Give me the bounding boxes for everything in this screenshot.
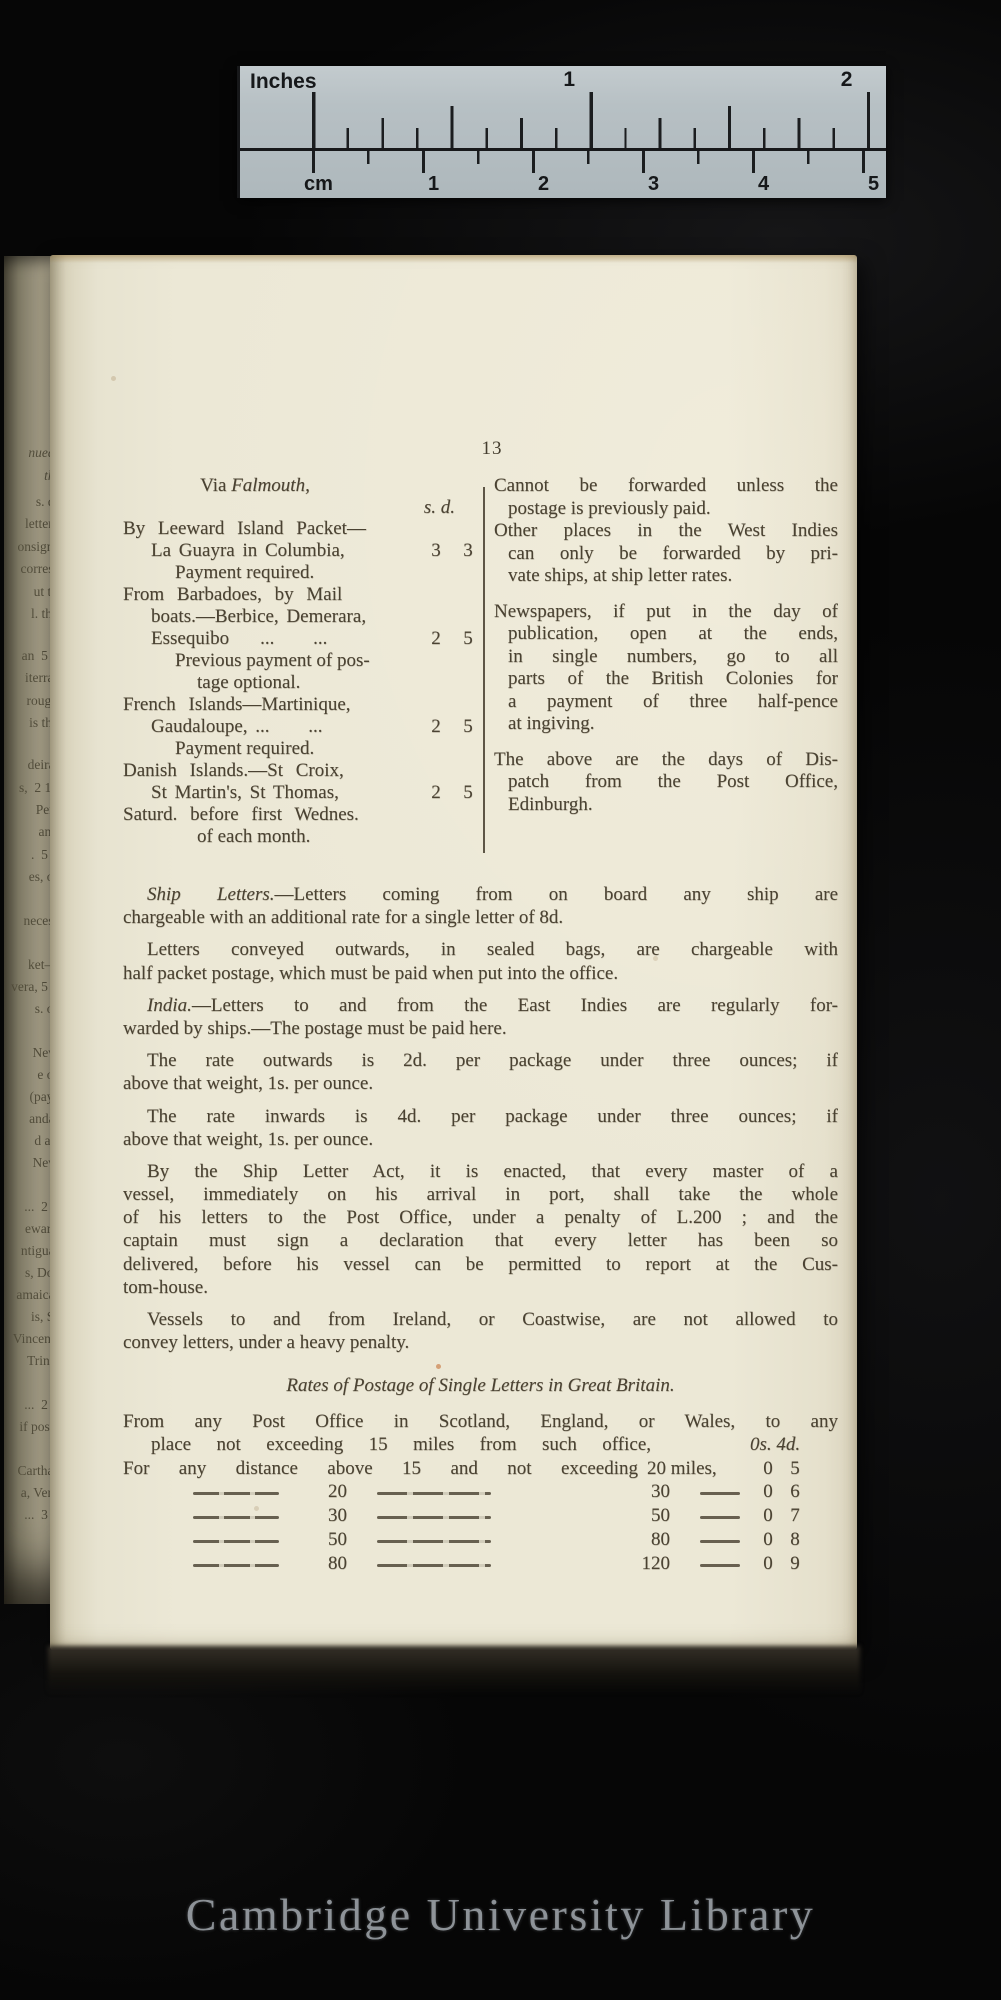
body-line: Vessels to and from Ireland, or Coastwis… (123, 1308, 838, 1331)
text-block: Via Falmouth, s. d. By Leeward Island Pa… (123, 475, 838, 1576)
inch-scale: Inches 12 (240, 66, 886, 151)
miles-to-value: 30 (583, 1480, 670, 1504)
notes-line: a payment of three half-pence (494, 691, 838, 714)
italic-lead: Ship Letters. (147, 884, 275, 905)
cm-number: 1 (428, 173, 439, 196)
miles-from-value: 80 (263, 1552, 347, 1576)
notes-line: patch from the Post Office, (494, 771, 838, 794)
body-line: By the Ship Letter Act, it is enacted, t… (123, 1160, 838, 1183)
rate-line-text: French Islands—Martinique, (123, 694, 481, 716)
rate-line-text: Saturd. before first Wednes. (123, 804, 481, 826)
miles-from-value: 30 (263, 1504, 347, 1528)
dash-rule (377, 1564, 491, 1567)
rates-line3: For any distance above 15 and not exceed… (123, 1457, 838, 1481)
measurement-ruler: Inches 12 cm 12345 (237, 66, 886, 198)
rate-line: La Guayra in Columbia,33 (123, 540, 481, 562)
body-line: above that weight, 1s. per ounce. (123, 1128, 838, 1151)
rates-row: 508008 (123, 1528, 838, 1552)
miles-from-value: 50 (263, 1528, 347, 1552)
rate-line-text: Payment required. (123, 562, 481, 584)
body-line: of his letters to the Post Office, under… (123, 1206, 838, 1229)
dash-rule (700, 1492, 740, 1495)
body-paragraph: Vessels to and from Ireland, or Coastwis… (123, 1308, 838, 1354)
rate-line: of each month. (123, 826, 481, 848)
pence-value: 5 (455, 716, 481, 738)
body-line: India.—Letters to and from the East Indi… (123, 994, 838, 1017)
pence-value: 5 (455, 628, 481, 650)
pence-value: 9 (783, 1552, 807, 1576)
notes-line: in single numbers, go to all (494, 646, 838, 669)
body-line: Letters conveyed outwards, in sealed bag… (123, 938, 838, 961)
dash-rule (377, 1540, 491, 1543)
rates-columns: Via Falmouth, s. d. By Leeward Island Pa… (123, 475, 838, 857)
page-number: 13 (470, 438, 514, 460)
body-line: Ship Letters.—Letters coming from on boa… (123, 883, 838, 906)
rate-line: Essequibo ... ...25 (123, 628, 481, 650)
shillings-value: 2 (423, 628, 449, 650)
via-roman: Via (200, 475, 226, 496)
cm-number: 4 (758, 173, 769, 196)
rates-line2: place not exceeding 15 miles from such o… (123, 1433, 838, 1457)
body-line: delivered, before his vessel can be perm… (123, 1253, 838, 1276)
dash-rule (700, 1516, 740, 1519)
inch-number: 1 (563, 68, 575, 92)
rate-line-text: tage optional. (123, 672, 481, 694)
left-rates-column: Via Falmouth, s. d. By Leeward Island Pa… (123, 475, 481, 848)
rate-line-text: From Barbadoes, by Mail (123, 584, 481, 606)
cm-scale: cm 12345 (240, 151, 886, 198)
body-line: half packet postage, which must be paid … (123, 962, 838, 985)
notes-line: The above are the days of Dis- (494, 749, 838, 772)
cm-number: 3 (648, 173, 659, 196)
miles-to-value: 120 (583, 1552, 670, 1576)
shillings-value: 2 (423, 716, 449, 738)
notes-line: Newspapers, if put in the day of (494, 601, 838, 624)
rates-line3-miles: 20 miles, (647, 1457, 717, 1481)
rate-line-text: Previous payment of pos- (123, 650, 481, 672)
rates-rows: 2030063050075080088012009 (123, 1480, 838, 1576)
dash-rule (700, 1564, 740, 1567)
body-paragraph: Letters conveyed outwards, in sealed bag… (123, 938, 838, 984)
via-italic: Falmouth, (231, 475, 310, 496)
rate-line: From Barbadoes, by Mail (123, 584, 481, 606)
rates-heading: Rates of Postage of Single Letters in Gr… (123, 1374, 838, 1397)
dash-rule (700, 1540, 740, 1543)
cm-number: 2 (538, 173, 549, 196)
body-line: The rate outwards is 2d. per package und… (123, 1049, 838, 1072)
shillings-value: 0 (757, 1528, 779, 1552)
notes-line: Edinburgh. (494, 794, 838, 817)
notes-paragraph: Cannot be forwarded unless thepostage is… (494, 475, 838, 520)
dash-rule (377, 1516, 491, 1519)
shillings-value: 0 (757, 1504, 779, 1528)
book-bottom-shadow (48, 1646, 860, 1694)
inch-ticks (312, 92, 878, 148)
shillings-value: 3 (423, 540, 449, 562)
rates-line3-shillings: 0 (757, 1457, 779, 1481)
rates-line3-text: For any distance above 15 and not exceed… (123, 1458, 638, 1479)
rates-row: 203006 (123, 1480, 838, 1504)
notes-paragraph: Newspapers, if put in the day ofpublicat… (494, 601, 838, 736)
notes-line: publication, open at the ends, (494, 623, 838, 646)
notes-line: Cannot be forwarded unless the (494, 475, 838, 498)
pence-value: 6 (783, 1480, 807, 1504)
rate-line: Danish Islands.—St Croix, (123, 760, 481, 782)
rates-line3-pence: 5 (783, 1457, 807, 1481)
inches-label: Inches (250, 70, 317, 94)
rate-line: French Islands—Martinique, (123, 694, 481, 716)
rate-line: boats.—Berbice, Demerara, (123, 606, 481, 628)
rates-line3-text-box: For any distance above 15 and not exceed… (123, 1457, 638, 1481)
rate-line: tage optional. (123, 672, 481, 694)
notes-line: parts of the British Colonies for (494, 668, 838, 691)
notes-line: Other places in the West Indies (494, 520, 838, 543)
rates-table: From any Post Office in Scotland, Englan… (123, 1410, 838, 1577)
cm-number: 5 (868, 173, 879, 196)
rates-row: 8012009 (123, 1552, 838, 1576)
rate-line-text: of each month. (123, 826, 481, 848)
pence-value: 5 (455, 782, 481, 804)
rates-line2-text-box: place not exceeding 15 miles from such o… (151, 1433, 651, 1457)
body-line: captain must sign a declaration that eve… (123, 1229, 838, 1252)
notes-line: vate ships, at ship letter rates. (494, 565, 838, 588)
notes-line: at ingiving. (494, 713, 838, 736)
rate-line: By Leeward Island Packet— (123, 518, 481, 540)
notes-paragraph: The above are the days of Dis-patch from… (494, 749, 838, 817)
rate-line-text: By Leeward Island Packet— (123, 518, 481, 540)
shillings-value: 0 (757, 1480, 779, 1504)
notes-paragraph: Other places in the West Indiescan only … (494, 520, 838, 588)
body-paragraph: India.—Letters to and from the East Indi… (123, 994, 838, 1040)
body-line: vessel, immediately on his arrival in po… (123, 1183, 838, 1206)
shillings-value: 2 (423, 782, 449, 804)
miles-from-value: 20 (263, 1480, 347, 1504)
notes-line: postage is previously paid. (494, 498, 838, 521)
book-page: 13 Via Falmouth, s. d. By Leeward Island… (50, 255, 857, 1650)
rates-line2-text: place not exceeding 15 miles from such o… (151, 1434, 651, 1455)
rates-line1: From any Post Office in Scotland, Englan… (123, 1410, 838, 1434)
notes-line: can only be forwarded by pri- (494, 543, 838, 566)
right-notes-column: Cannot be forwarded unless thepostage is… (494, 475, 838, 816)
miles-to-value: 80 (583, 1528, 670, 1552)
body-paragraph: The rate inwards is 4d. per package unde… (123, 1105, 838, 1151)
body-line: convey letters, under a heavy penalty. (123, 1331, 838, 1354)
pence-value: 3 (455, 540, 481, 562)
rate-line: Saturd. before first Wednes. (123, 804, 481, 826)
rate-line-text: Danish Islands.—St Croix, (123, 760, 481, 782)
left-column-lines: By Leeward Island Packet—La Guayra in Co… (123, 518, 481, 848)
italic-lead: India. (147, 995, 192, 1016)
inch-number: 2 (841, 68, 853, 92)
rate-line: Gaudaloupe, ... ...25 (123, 716, 481, 738)
body-line: chargeable with an additional rate for a… (123, 906, 838, 929)
rate-line: Payment required. (123, 562, 481, 584)
pence-value: 7 (783, 1504, 807, 1528)
photo-stage: Inches 12 cm 12345 nued.th.s. d.letterso… (0, 0, 1001, 2000)
rates-line2-amount: 0s. 4d. (750, 1433, 800, 1457)
rate-line-text: Payment required. (123, 738, 481, 760)
library-watermark: Cambridge University Library (0, 1888, 1001, 1941)
body-paragraph: By the Ship Letter Act, it is enacted, t… (123, 1160, 838, 1299)
rates-row: 305007 (123, 1504, 838, 1528)
via-falmouth-line: Via Falmouth, (123, 475, 481, 497)
shillings-pence-header: s. d. (123, 497, 481, 518)
foxing-spots (50, 255, 53, 258)
rate-line: Previous payment of pos- (123, 650, 481, 672)
column-divider (483, 487, 485, 853)
pence-value: 8 (783, 1528, 807, 1552)
rate-line: Payment required. (123, 738, 481, 760)
body-line: The rate inwards is 4d. per package unde… (123, 1105, 838, 1128)
body-paragraph: Ship Letters.—Letters coming from on boa… (123, 883, 838, 929)
body-line: tom-house. (123, 1276, 838, 1299)
cm-label: cm (304, 173, 333, 196)
body-paragraphs: Ship Letters.—Letters coming from on boa… (123, 883, 838, 1354)
miles-to-value: 50 (583, 1504, 670, 1528)
body-line: warded by ships.—The postage must be pai… (123, 1017, 838, 1040)
dash-rule (377, 1492, 491, 1495)
body-paragraph: The rate outwards is 2d. per package und… (123, 1049, 838, 1095)
cm-ticks (312, 151, 878, 173)
rate-line-text: boats.—Berbice, Demerara, (123, 606, 481, 628)
shillings-value: 0 (757, 1552, 779, 1576)
body-line: above that weight, 1s. per ounce. (123, 1072, 838, 1095)
rate-line: St Martin's, St Thomas,25 (123, 782, 481, 804)
